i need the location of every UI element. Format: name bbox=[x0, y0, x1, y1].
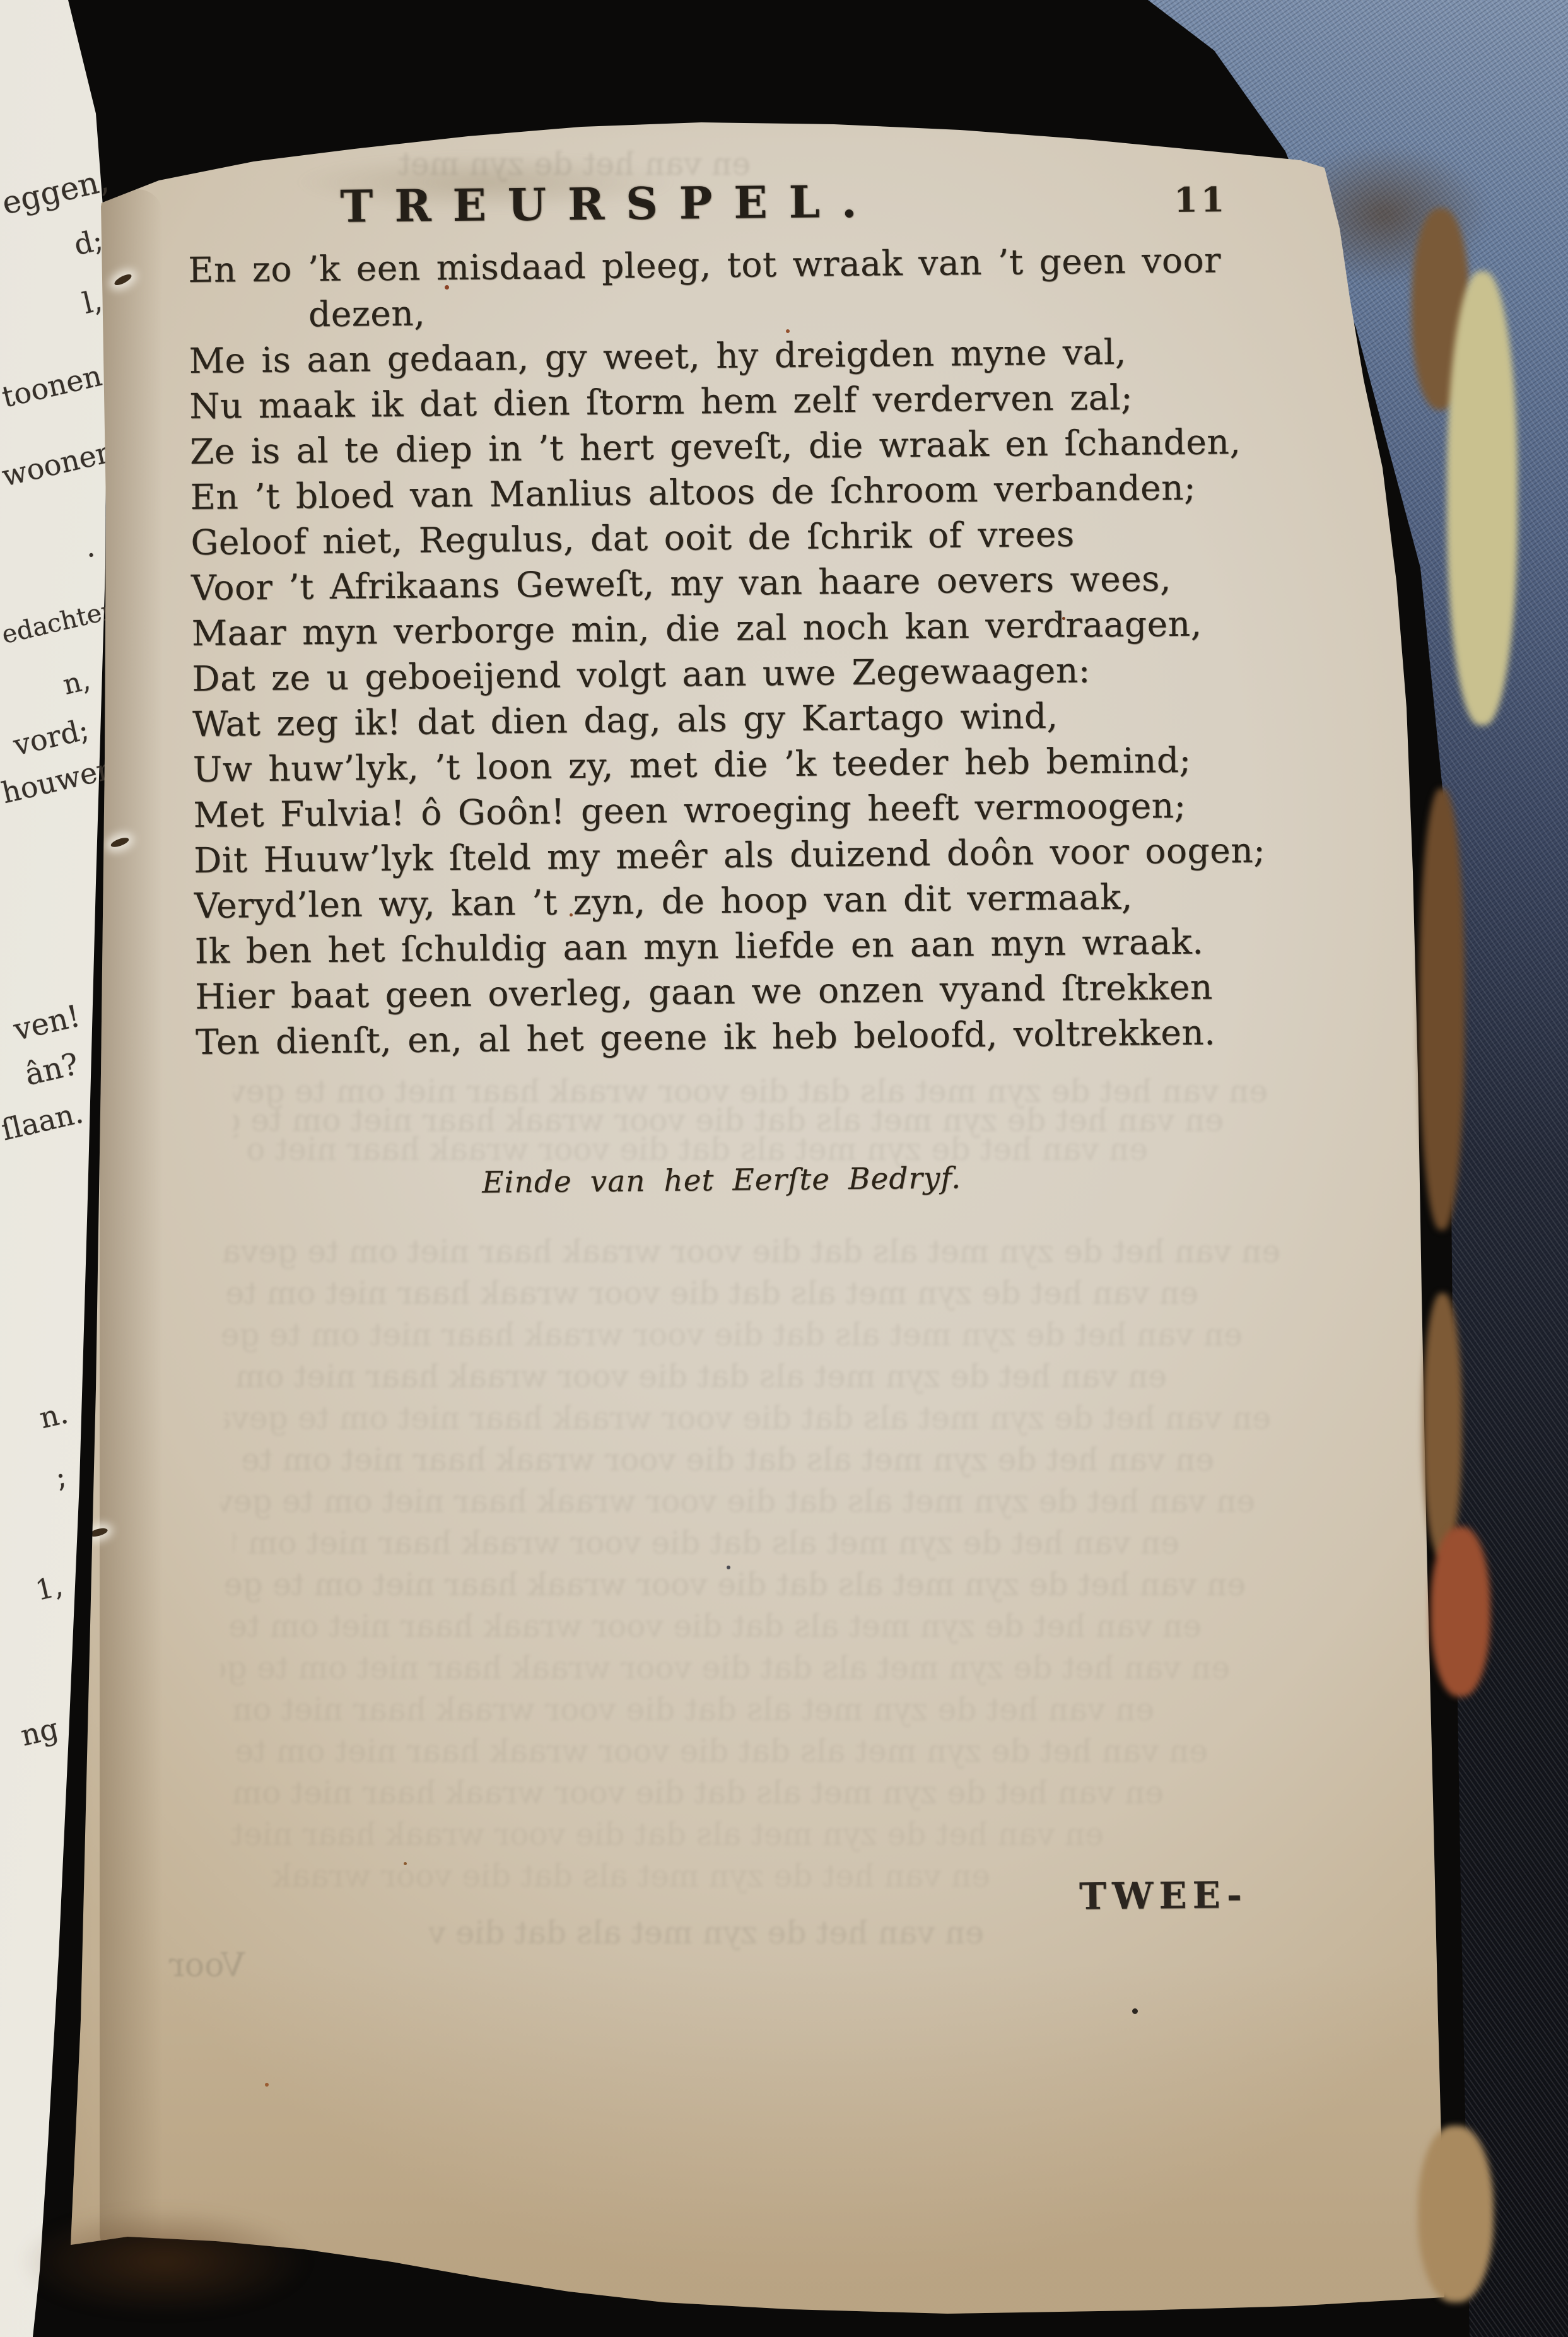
bottom-left-shadow bbox=[19, 2208, 309, 2315]
paper-speckle bbox=[445, 285, 449, 290]
paper-speckle bbox=[404, 1862, 407, 1865]
running-title: TREURSPEL. bbox=[340, 175, 879, 233]
paper-speckle bbox=[786, 329, 790, 333]
fore-edge-blob bbox=[1431, 1526, 1490, 1697]
paper-speckle bbox=[265, 2083, 269, 2087]
paper-speckle bbox=[570, 913, 573, 917]
fore-edge-blob bbox=[1419, 788, 1465, 1230]
printed-content: TREURSPEL. 11 En zo ’k een misdaad pleeg… bbox=[0, 0, 1568, 2337]
act-ending-line: Einde van het Eerſte Bedryf. bbox=[362, 1159, 1081, 1201]
paper-speckle bbox=[727, 1566, 730, 1569]
photographed-book-page: eggen,d;l,toonen.woonen,.edachten.n,vord… bbox=[0, 0, 1568, 2337]
fore-edge-blob bbox=[1447, 271, 1518, 725]
page-number: 11 bbox=[1174, 179, 1228, 220]
paper-speckle bbox=[1062, 617, 1065, 620]
fore-edge-blob bbox=[1418, 2126, 1494, 2302]
paper-speckle bbox=[1132, 2008, 1138, 2014]
verse-block: En zo ’k een misdaad pleeg, tot wraak va… bbox=[188, 237, 1267, 1065]
book-page: en van het de zyn met als dat die voor w… bbox=[0, 0, 1568, 2337]
verse-line: Ten dienſt, en, al het geene ik heb belo… bbox=[196, 1009, 1268, 1065]
catchword: TWEE- bbox=[1079, 1873, 1248, 1918]
fore-edge-blob bbox=[1423, 1293, 1462, 1558]
